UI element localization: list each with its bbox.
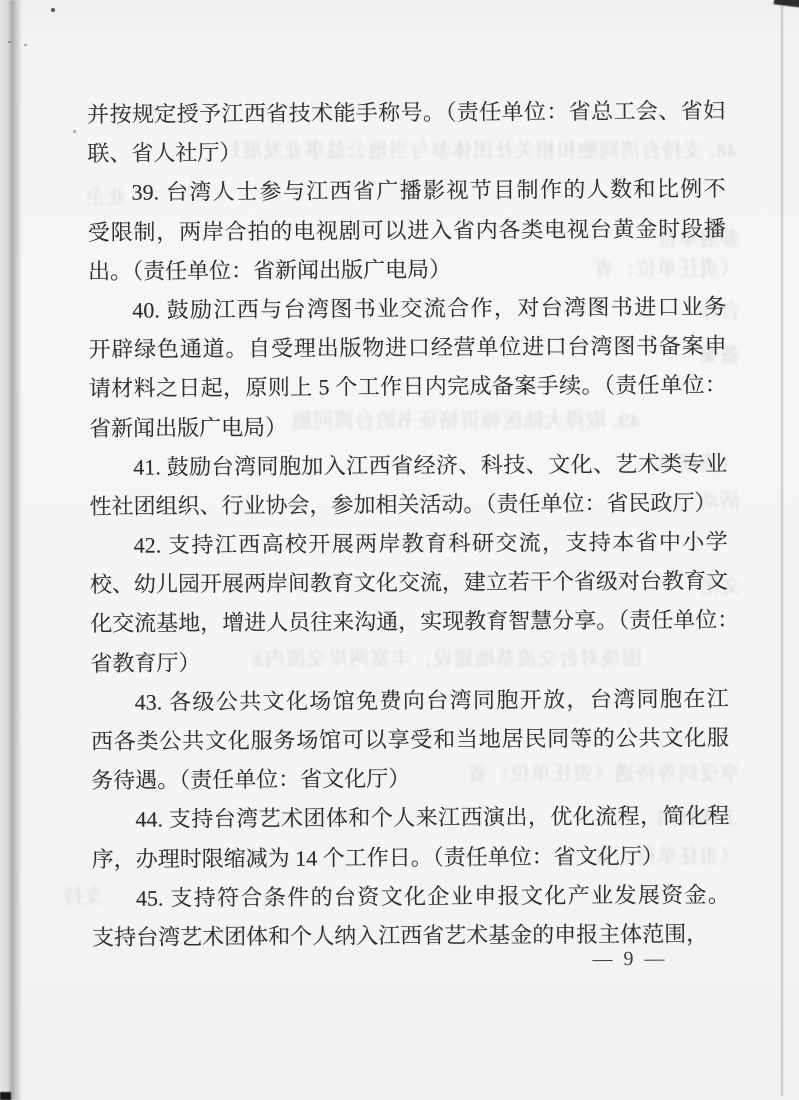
text-line: 41. 鼓励台湾同胞加入江西省经济、科技、文化、艺术类专业 bbox=[89, 444, 727, 487]
text-line: 性社团组织、行业协会，参加相关活动。（责任单位：省民政厅） bbox=[89, 483, 727, 526]
text-line: 省教育厅） bbox=[90, 640, 728, 683]
text-line: 西各类公共文化服务场馆可以享受和当地居民同等的公共文化服 bbox=[91, 718, 729, 761]
scanned-page: 48. 支持台湾同胞和相关社团体参与当地公益事业发展建设业企参展单位（责任单位：… bbox=[0, 0, 799, 1100]
text-line: 省新闻出版广电局） bbox=[89, 405, 727, 448]
text-line: 45. 支持符合条件的台资文化企业申报文化产业发展资金。 bbox=[92, 875, 730, 918]
text-line: 44. 支持台湾艺术团体和个人来江西演出，优化流程，简化程 bbox=[91, 796, 729, 839]
text-line: 序，办理时限缩减为 14 个工作日。（责任单位：省文化厅） bbox=[92, 836, 730, 879]
text-line: 请材料之日起，原则上 5 个工作日内完成备案手续。（责任单位： bbox=[89, 365, 727, 408]
text-block: 并按规定授予江西省技术能手称号。（责任单位：省总工会、省妇联、省人社厅）39. … bbox=[87, 91, 730, 957]
text-line: 受限制，两岸合拍的电视剧可以进入省内各类电视台黄金时段播 bbox=[88, 209, 726, 252]
text-line: 校、幼儿园开展两岸间教育文化交流，建立若干个省级对台教育文 bbox=[90, 561, 728, 604]
text-line: 并按规定授予江西省技术能手称号。（责任单位：省总工会、省妇 bbox=[87, 91, 725, 134]
text-line: 39. 台湾人士参与江西省广播影视节目制作的人数和比例不 bbox=[87, 169, 725, 212]
text-line: 43. 各级公共文化场馆免费向台湾同胞开放，台湾同胞在江 bbox=[91, 679, 729, 722]
text-line: 40. 鼓励江西与台湾图书业交流合作，对台湾图书进口业务 bbox=[88, 287, 726, 330]
text-line: 出。（责任单位：省新闻出版广电局） bbox=[88, 248, 726, 291]
text-line: 联、省人社厅） bbox=[87, 130, 725, 173]
text-line: 务待遇。（责任单位：省文化厅） bbox=[91, 757, 729, 800]
text-line: 42. 支持江西高校开展两岸教育科研交流，支持本省中小学 bbox=[90, 522, 728, 565]
text-line: 化交流基地，增进人员往来沟通，实现教育智慧分享。（责任单位： bbox=[90, 600, 728, 643]
text-line: 开辟绿色通道。自受理出版物进口经营单位进口台湾图书备案申 bbox=[88, 326, 726, 369]
page-number: — 9 — bbox=[560, 948, 700, 972]
